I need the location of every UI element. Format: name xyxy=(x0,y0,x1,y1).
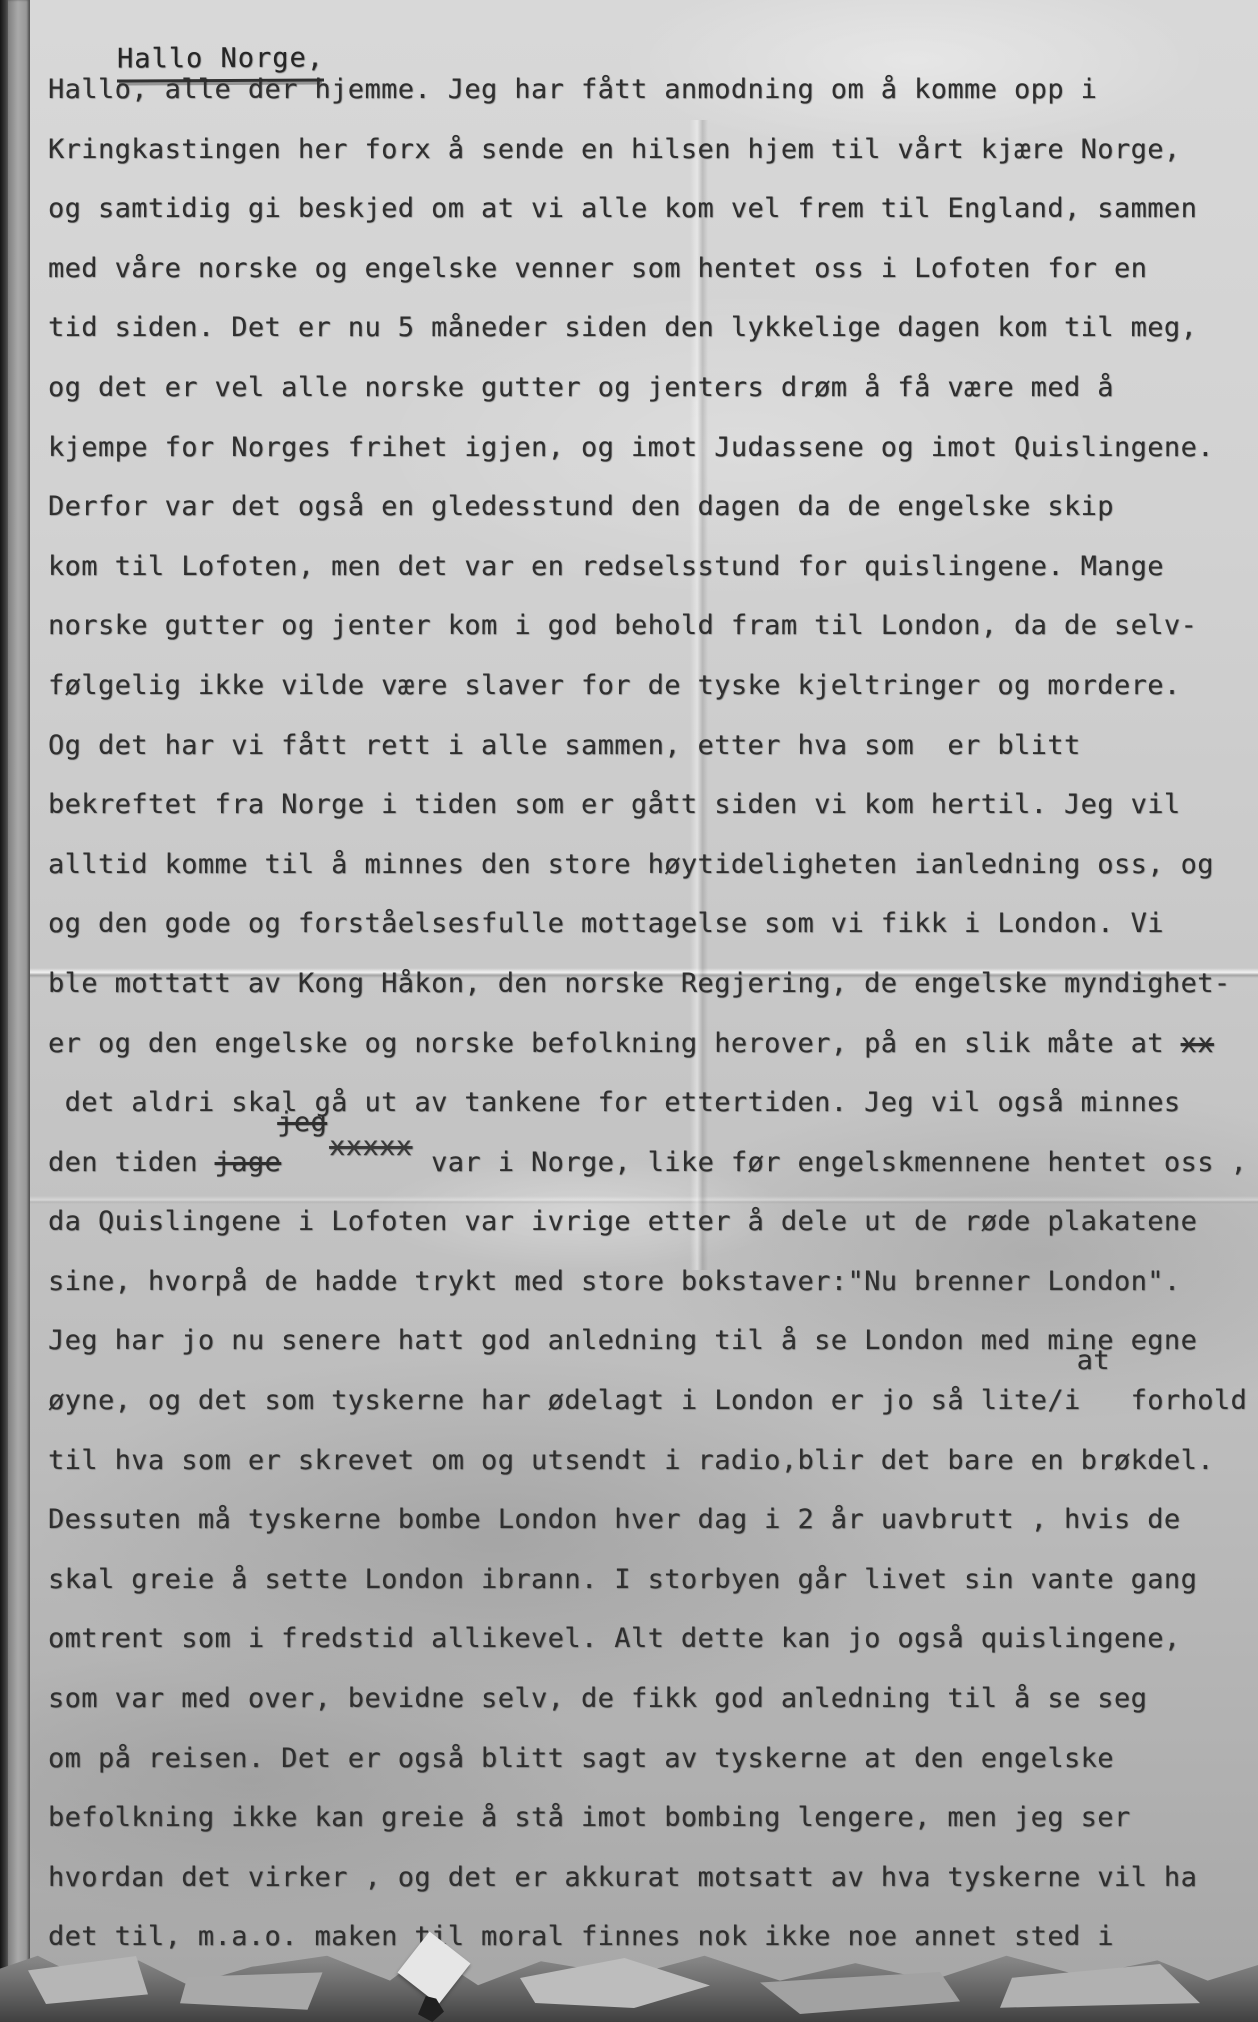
typed-line: omtrent som i fredstid allikevel. Alt de… xyxy=(48,1609,1252,1669)
typed-text: og det er vel alle norske gutter og jent… xyxy=(48,372,1114,403)
typed-text: Kringkastingen her forx å sende en hilse… xyxy=(48,134,1181,165)
typed-text: Hallo, alle der hjemme. Jeg har fått anm… xyxy=(48,74,1097,105)
typed-line: Og det har vi fått rett i alle sammen, e… xyxy=(48,716,1252,776)
letter-body: Hallo, alle der hjemme. Jeg har fått anm… xyxy=(48,60,1252,2022)
typed-line: Hallo, alle der hjemme. Jeg har fått anm… xyxy=(48,60,1252,120)
typed-text: og den gode og forståelsesfulle mottagel… xyxy=(48,908,1164,939)
typed-line: og det er vel alle norske gutter og jent… xyxy=(48,358,1252,418)
typed-text: som var med over, bevidne selv, de fikk … xyxy=(48,1683,1147,1714)
typed-line: befolkning ikke kan greie å stå imot bom… xyxy=(48,1788,1252,1848)
scan-left-edge xyxy=(0,0,8,2022)
underlying-page-edge xyxy=(8,0,30,2022)
typed-text: bekreftet fra Norge i tiden som er gått … xyxy=(48,789,1181,820)
typed-line: det aldri skal gå ut av tankene for ette… xyxy=(48,1073,1252,1133)
typed-text: Derfor var det også en gledesstund den d… xyxy=(48,491,1114,522)
typed-text: ble mottatt av Kong Håkon, den norske Re… xyxy=(48,968,1231,999)
struck-text: xx xyxy=(1181,1028,1214,1059)
typed-line: Kringkastingen her forx å sende en hilse… xyxy=(48,120,1252,180)
typed-line: Jeg har jo nu senere hatt god anledning … xyxy=(48,1311,1252,1371)
typed-line: og den gode og forståelsesfulle mottagel… xyxy=(48,894,1252,954)
typed-text: tid siden. Det er nu 5 måneder siden den… xyxy=(48,312,1197,343)
typed-line: kjempe for Norges frihet igjen, og imot … xyxy=(48,418,1252,478)
typed-line: skal greie å sette London ibrann. I stor… xyxy=(48,1550,1252,1610)
typed-text: Og det har vi fått rett i alle sammen, e… xyxy=(48,730,1081,761)
typed-line: Dessuten må tyskerne bombe London hver d… xyxy=(48,1490,1252,1550)
interlinear-insert: at xyxy=(1077,1345,1110,1376)
typed-line: det til, m.a.o. maken til moral finnes n… xyxy=(48,1907,1252,1967)
overstrike-text: xxxxx xyxy=(329,1131,412,1162)
typed-text: omtrent som i fredstid allikevel. Alt de… xyxy=(48,1623,1181,1654)
typed-line: da Quislingene i Lofoten var ivrige ette… xyxy=(48,1192,1252,1252)
typed-line: tid siden. Det er nu 5 måneder siden den… xyxy=(48,298,1252,358)
typed-text: alltid komme til å minnes den store høyt… xyxy=(48,849,1214,880)
typed-text: norske gutter og jenter kom i god behold… xyxy=(48,610,1197,641)
typed-line: bekreftet fra Norge i tiden som er gått … xyxy=(48,775,1252,835)
typed-line: følgelig ikke vilde være slaver for de t… xyxy=(48,656,1252,716)
typed-text: da Quislingene i Lofoten var ivrige ette… xyxy=(48,1206,1197,1237)
typed-text: sine, hvorpå de hadde trykt med store bo… xyxy=(48,1266,1181,1297)
typed-line: norske gutter og jenter kom i god behold… xyxy=(48,596,1252,656)
typed-text: den tiden xyxy=(48,1147,215,1178)
typed-text: øyne, og det som tyskerne har ødelagt i … xyxy=(48,1385,1064,1416)
typed-text: det til, m.a.o. maken til moral finnes n… xyxy=(48,1921,1114,1952)
typed-line: den tiden jagejegxxxxx var i Norge, like… xyxy=(48,1133,1252,1193)
typed-text: hvordan det virker , og det er akkurat m… xyxy=(48,1862,1197,1893)
typed-line: alltid komme til å minnes den store høyt… xyxy=(48,835,1252,895)
typed-text: er og den engelske og norske befolkning … xyxy=(48,1028,1181,1059)
typed-line: Derfor var det også en gledesstund den d… xyxy=(48,477,1252,537)
typed-text: iat xyxy=(1064,1385,1114,1416)
typed-text: kom til Lofoten, men det var en redselss… xyxy=(48,551,1164,582)
struck-text: jagejegxxxxx xyxy=(215,1147,415,1178)
typed-text: var i Norge, like før engelskmennene hen… xyxy=(414,1147,1247,1178)
typed-line: og samtidig gi beskjed om at vi alle kom… xyxy=(48,179,1252,239)
typed-text: forhold xyxy=(1114,1385,1247,1416)
typed-text: Dessuten må tyskerne bombe London hver d… xyxy=(48,1504,1181,1535)
typed-text: til hva som er skrevet om og utsendt i r… xyxy=(48,1445,1214,1476)
typed-text: om på reisen. Det er også blitt sagt av … xyxy=(48,1743,1114,1774)
typed-text: kjempe for Norges frihet igjen, og imot … xyxy=(48,432,1214,463)
typed-line: til hva som er skrevet om og utsendt i r… xyxy=(48,1431,1252,1491)
scanned-letter-page: Hallo Norge, Hallo, alle der hjemme. Jeg… xyxy=(0,0,1258,2022)
typed-text: skal greie å sette London ibrann. I stor… xyxy=(48,1564,1197,1595)
typed-text: følgelig ikke vilde være slaver for de t… xyxy=(48,670,1181,701)
typed-text: med våre norske og engelske venner som h… xyxy=(48,253,1147,284)
typed-line: om på reisen. Det er også blitt sagt av … xyxy=(48,1729,1252,1789)
typed-line: ble mottatt av Kong Håkon, den norske Re… xyxy=(48,954,1252,1014)
typed-line: øyne, og det som tyskerne har ødelagt i … xyxy=(48,1371,1252,1431)
typed-line: hvordan det virker , og det er akkurat m… xyxy=(48,1848,1252,1908)
typed-text: og samtidig gi beskjed om at vi alle kom… xyxy=(48,193,1197,224)
typed-line: med våre norske og engelske venner som h… xyxy=(48,239,1252,299)
typed-text: befolkning ikke kan greie å stå imot bom… xyxy=(48,1802,1131,1833)
typed-line: sine, hvorpå de hadde trykt med store bo… xyxy=(48,1252,1252,1312)
interlinear-insert: jeg xyxy=(277,1107,327,1138)
typed-line: er og den engelske og norske befolkning … xyxy=(48,1014,1252,1074)
typed-text: det aldri skal gå ut av tankene for ette… xyxy=(48,1087,1181,1118)
typed-text: Jeg har jo nu senere hatt god anledning … xyxy=(48,1325,1197,1356)
typed-line: kom til Lofoten, men det var en redselss… xyxy=(48,537,1252,597)
typed-line: som var med over, bevidne selv, de fikk … xyxy=(48,1669,1252,1729)
